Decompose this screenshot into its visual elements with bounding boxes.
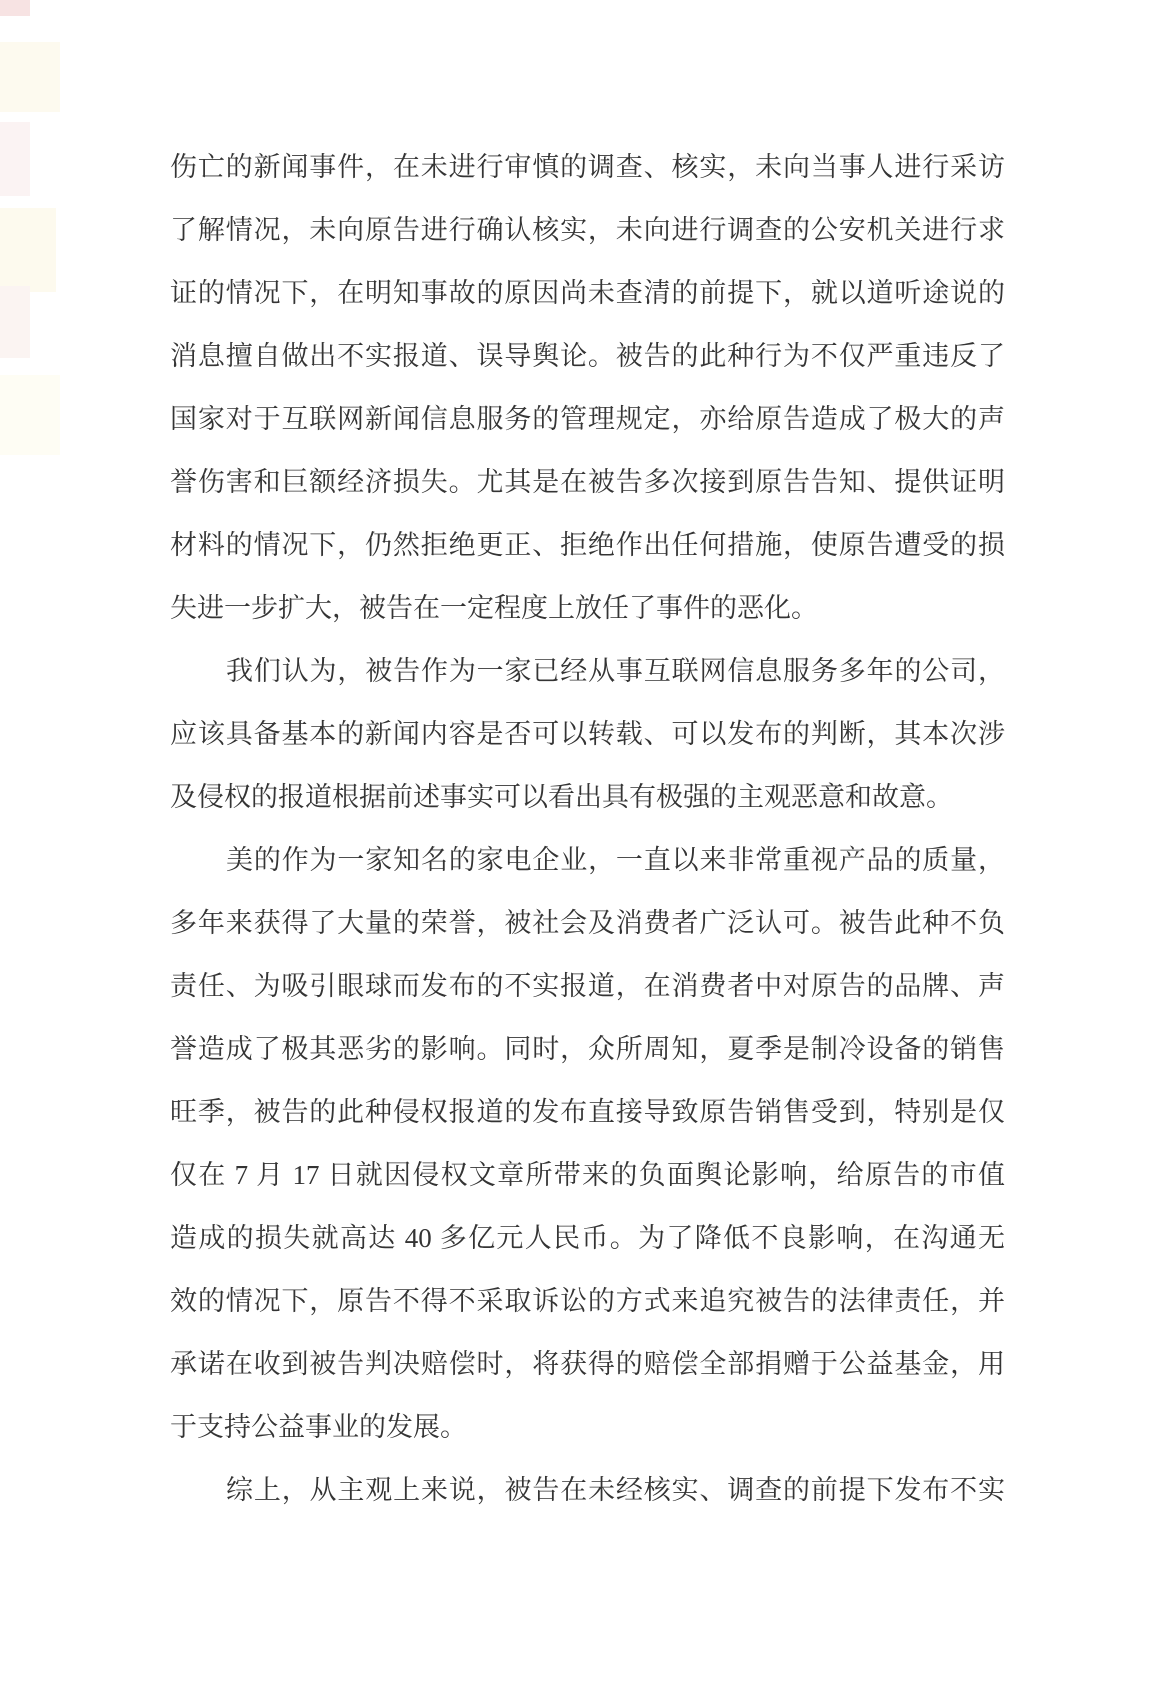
scan-smudge bbox=[0, 42, 60, 112]
text-line: 证的情况下，在明知事故的原因尚未查清的前提下，就以道听途说的 bbox=[170, 262, 1005, 325]
text-line: 誉伤害和巨额经济损失。尤其是在被告多次接到原告告知、提供证明 bbox=[170, 451, 1005, 514]
document-body-text: 伤亡的新闻事件，在未进行审慎的调查、核实，未向当事人进行采访 了解情况，未向原告… bbox=[170, 136, 1005, 1522]
text-line: 及侵权的报道根据前述事实可以看出具有极强的主观恶意和故意。 bbox=[170, 766, 1005, 829]
text-line: 应该具备基本的新闻内容是否可以转载、可以发布的判断，其本次涉 bbox=[170, 703, 1005, 766]
text-line: 伤亡的新闻事件，在未进行审慎的调查、核实，未向当事人进行采访 bbox=[170, 136, 1005, 199]
text-line: 失进一步扩大，被告在一定程度上放任了事件的恶化。 bbox=[170, 577, 1005, 640]
text-line: 美的作为一家知名的家电企业，一直以来非常重视产品的质量， bbox=[170, 829, 1005, 892]
text-line: 综上，从主观上来说，被告在未经核实、调查的前提下发布不实 bbox=[170, 1459, 1005, 1522]
text-line: 消息擅自做出不实报道、误导舆论。被告的此种行为不仅严重违反了 bbox=[170, 325, 1005, 388]
text-line: 材料的情况下，仍然拒绝更正、拒绝作出任何措施，使原告遭受的损 bbox=[170, 514, 1005, 577]
text-line: 承诺在收到被告判决赔偿时，将获得的赔偿全部捐赠于公益基金，用 bbox=[170, 1333, 1005, 1396]
scan-smudge bbox=[0, 286, 30, 358]
scan-smudge bbox=[0, 208, 56, 292]
text-line: 于支持公益事业的发展。 bbox=[170, 1396, 1005, 1459]
text-line: 造成的损失就高达 40 多亿元人民币。为了降低不良影响，在沟通无 bbox=[170, 1207, 1005, 1270]
scan-smudge bbox=[0, 122, 30, 196]
document-page: 伤亡的新闻事件，在未进行审慎的调查、核实，未向当事人进行采访 了解情况，未向原告… bbox=[0, 0, 1174, 1701]
text-line: 国家对于互联网新闻信息服务的管理规定，亦给原告造成了极大的声 bbox=[170, 388, 1005, 451]
text-line: 我们认为，被告作为一家已经从事互联网信息服务多年的公司， bbox=[170, 640, 1005, 703]
scan-smudge bbox=[0, 375, 60, 455]
scan-smudge bbox=[0, 0, 30, 16]
text-line: 仅在 7 月 17 日就因侵权文章所带来的负面舆论影响，给原告的市值 bbox=[170, 1144, 1005, 1207]
text-line: 旺季，被告的此种侵权报道的发布直接导致原告销售受到，特别是仅 bbox=[170, 1081, 1005, 1144]
text-line: 誉造成了极其恶劣的影响。同时，众所周知，夏季是制冷设备的销售 bbox=[170, 1018, 1005, 1081]
text-line: 了解情况，未向原告进行确认核实，未向进行调查的公安机关进行求 bbox=[170, 199, 1005, 262]
text-line: 责任、为吸引眼球而发布的不实报道，在消费者中对原告的品牌、声 bbox=[170, 955, 1005, 1018]
text-line: 多年来获得了大量的荣誉，被社会及消费者广泛认可。被告此种不负 bbox=[170, 892, 1005, 955]
text-line: 效的情况下，原告不得不采取诉讼的方式来追究被告的法律责任，并 bbox=[170, 1270, 1005, 1333]
